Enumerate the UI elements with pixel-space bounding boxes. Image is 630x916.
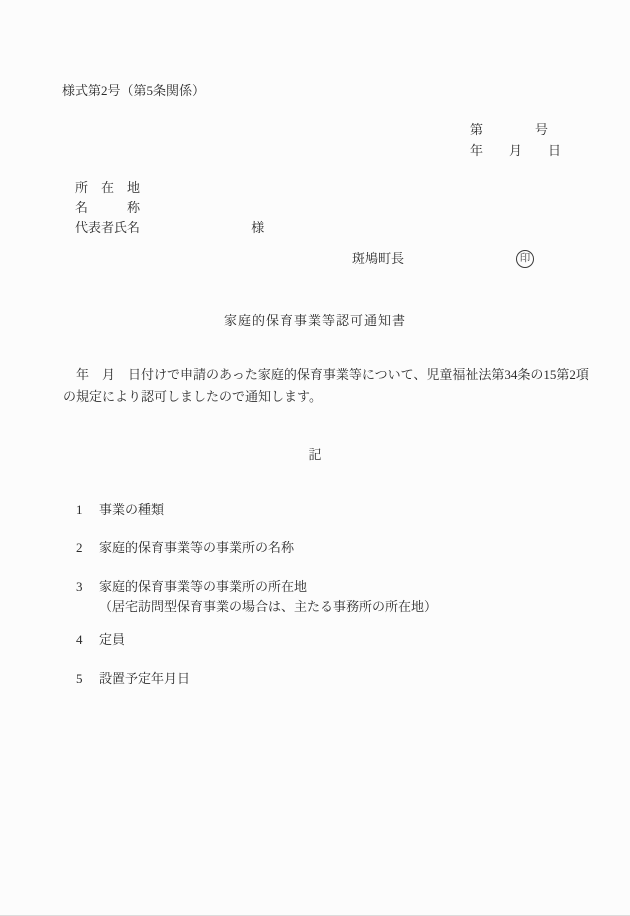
item-number: 2 [76, 539, 99, 558]
list-item-3: 3家庭的保育事業等の事業所の所在地 （居宅訪問型保育事業の場合は、主たる事務所の… [76, 577, 437, 616]
item-number: 3 [76, 577, 99, 597]
list-item-4: 4定員 [76, 631, 125, 650]
item-text: 事業の種類 [99, 502, 164, 517]
addressee-address-label: 所 在 地 [75, 178, 264, 198]
document-page: 様式第2号（第5条関係） 第 号 年 月 日 所 在 地 名 称 代表者氏名 様… [0, 0, 630, 916]
item-text: 家庭的保育事業等の事業所の名称 [99, 540, 294, 555]
addressee-representative-row: 代表者氏名 様 [75, 218, 264, 238]
representative-label: 代表者氏名 [75, 220, 140, 235]
item-number: 5 [76, 670, 99, 689]
ki-heading: 記 [0, 446, 630, 465]
sender-title: 斑鳩町長 [352, 250, 404, 269]
doc-number-line: 第 号 [470, 119, 561, 140]
item-number: 1 [76, 501, 99, 520]
date-line: 年 月 日 [470, 140, 561, 161]
item-main-line: 3家庭的保育事業等の事業所の所在地 [76, 577, 437, 597]
body-line-2: の規定により認可しましたので通知します。 [63, 386, 589, 408]
list-item-2: 2家庭的保育事業等の事業所の名称 [76, 539, 294, 558]
item-text: 設置予定年月日 [99, 671, 190, 686]
item-text: 定員 [99, 632, 125, 647]
body-line-1: 年 月 日付けで申請のあった家庭的保育事業等について、児童福祉法第34条の15第… [63, 364, 589, 386]
honorific-sama: 様 [251, 218, 264, 238]
addressee-name-label: 名 称 [75, 198, 264, 218]
seal-stamp-icon: 印 [516, 250, 534, 268]
item-number: 4 [76, 631, 99, 650]
doc-meta-block: 第 号 年 月 日 [470, 119, 561, 161]
sender-line: 斑鳩町長 印 [352, 250, 534, 269]
body-paragraph: 年 月 日付けで申請のあった家庭的保育事業等について、児童福祉法第34条の15第… [63, 364, 589, 408]
form-number: 様式第2号（第5条関係） [62, 82, 205, 101]
addressee-block: 所 在 地 名 称 代表者氏名 様 [75, 178, 264, 238]
item-note: （居宅訪問型保育事業の場合は、主たる事務所の所在地） [99, 597, 437, 617]
list-item-1: 1事業の種類 [76, 501, 164, 520]
list-item-5: 5設置予定年月日 [76, 670, 190, 689]
document-title: 家庭的保育事業等認可通知書 [0, 312, 630, 331]
item-text: 家庭的保育事業等の事業所の所在地 [99, 579, 307, 594]
